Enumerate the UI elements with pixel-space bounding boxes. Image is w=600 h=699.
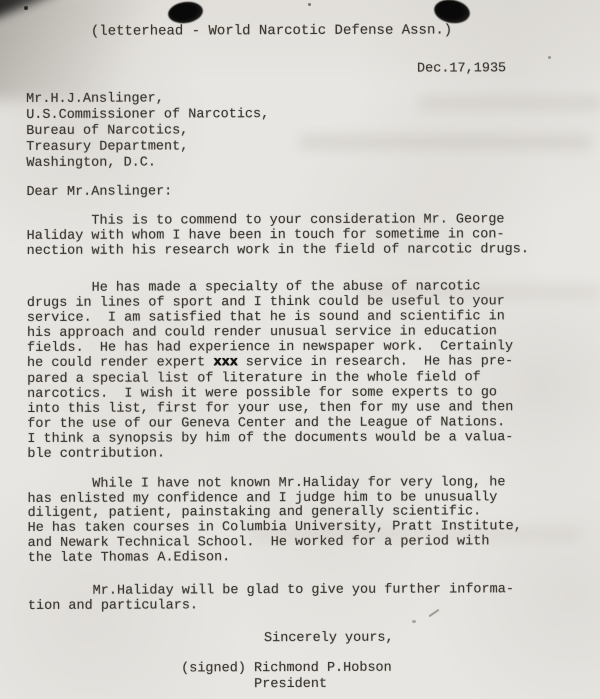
address-line: Washington, D.C. (26, 155, 269, 172)
typewriter-strikeout: xxx (213, 356, 237, 371)
body-line: tion and particulars. (28, 597, 514, 614)
body-line: the late Thomas A.Edison. (28, 550, 522, 566)
body-line: narcotics. I wish it were possible for s… (27, 385, 513, 402)
body-text: he could render expert (27, 356, 213, 372)
scanned-letter-page: (letterhead - World Narcotic Defense Ass… (0, 0, 600, 699)
body-line: into this list, first for your use, then… (27, 400, 513, 417)
paragraph-4: Mr.Haliday will be glad to give you furt… (28, 582, 514, 614)
letter-content: (letterhead - World Narcotic Defense Ass… (0, 0, 600, 699)
address-line: Treasury Department, (26, 139, 269, 156)
closing: Sincerely yours, (264, 631, 394, 646)
letter-date: Dec.17,1935 (417, 61, 506, 76)
salutation: Dear Mr.Anslinger: (26, 184, 172, 200)
address-line: Mr.H.J.Anslinger, (26, 91, 269, 108)
body-line: Mr.Haliday will be glad to give you furt… (28, 582, 514, 599)
letterhead-note: (letterhead - World Narcotic Defense Ass… (91, 23, 452, 39)
recipient-address-block: Mr.H.J.Anslinger, U.S.Commissioner of Na… (26, 91, 269, 172)
signature-line: (signed) Richmond P.Hobson (181, 661, 392, 677)
body-line: pared a special list of literature in th… (27, 370, 513, 387)
body-line: for the use of our Geneva Center and the… (27, 415, 513, 432)
body-line: nection with his research work in the fi… (27, 243, 529, 260)
body-line: ble contribution. (27, 445, 513, 462)
body-line: I think a synopsis by him of the documen… (27, 430, 513, 447)
address-line: Bureau of Narcotics, (26, 123, 269, 140)
body-text: service in research. He has pre- (238, 355, 514, 371)
paragraph-1: This is to commend to your consideration… (27, 213, 529, 259)
paragraph-2: He has made a specialty of the abuse of … (27, 279, 514, 462)
address-line: U.S.Commissioner of Narcotics, (26, 107, 269, 124)
signer-title: President (254, 677, 327, 692)
body-line-with-strikeout: he could render expert xxx service in re… (27, 355, 513, 372)
paragraph-3: While I have not known Mr.Haliday for ve… (27, 476, 521, 566)
